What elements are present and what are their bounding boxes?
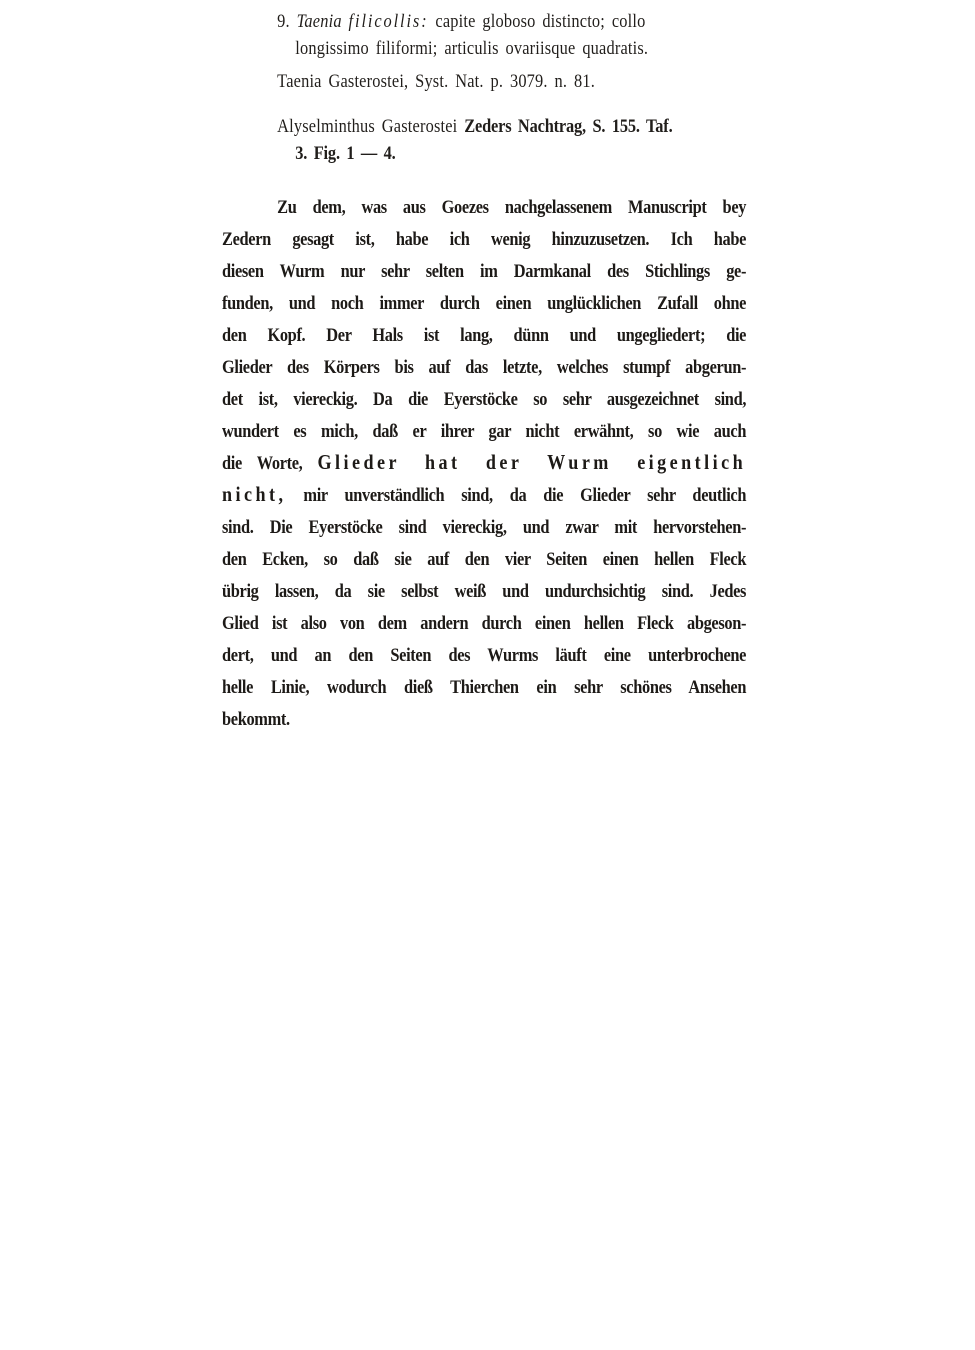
body-text-line: nicht, mir unverständlich sind, da die G…	[222, 479, 746, 511]
species-heading-line-2: longissimo filiformi; articulis ovariisq…	[295, 35, 746, 62]
body-text-line: den Ecken, so daß sie auf den vier Seite…	[222, 543, 746, 575]
line-text: sind. Die Eyerstöcke sind viereckig, und…	[222, 517, 746, 538]
line-text: den Ecken, so daß sie auf den vier Seite…	[222, 549, 746, 570]
line-text: wundert es mich, daß er ihrer gar nicht …	[222, 421, 746, 442]
body-text-line: sind. Die Eyerstöcke sind viereckig, und…	[222, 511, 746, 543]
line-text: Zedern gesagt ist, habe ich wenig hinzuz…	[222, 229, 746, 250]
line-text: det ist, viereckig. Da die Eyerstöcke so…	[222, 389, 746, 410]
figure-reference: 3. Fig. 1 — 4.	[295, 143, 395, 164]
emphasized-text: nicht,	[222, 482, 286, 506]
species-epithet: filicollis:	[349, 11, 429, 32]
line-text: übrig lassen, da sie selbst weiß und und…	[222, 581, 746, 602]
genus-name: Taenia	[297, 11, 342, 32]
synonymy-species-name: Alyselminthus Gasterostei	[277, 116, 457, 137]
line-text: mir unverständlich sind, da die Glieder …	[286, 485, 746, 506]
body-text-line: die Worte, Glieder hat der Wurm eigentli…	[222, 447, 746, 479]
synonymy-citation: Taenia Gasterostei, Syst. Nat. p. 3079. …	[277, 71, 595, 92]
text-column: 9. Taenia filicollis: capite globoso dis…	[222, 8, 746, 735]
body-text-line: dert, und an den Seiten des Wurms läuft …	[222, 639, 746, 671]
body-text-line: Zu dem, was aus Goezes nachgelassenem Ma…	[222, 191, 746, 223]
body-text-line: helle Linie, wodurch dieß Thierchen ein …	[222, 671, 746, 703]
body-text-line: Zedern gesagt ist, habe ich wenig hinzuz…	[222, 223, 746, 255]
body-text-line: diesen Wurm nur sehr selten im Darmkanal…	[222, 255, 746, 287]
diagnosis-text-continued: longissimo filiformi; articulis ovariisq…	[295, 38, 648, 59]
line-text: dert, und an den Seiten des Wurms läuft …	[222, 645, 746, 666]
spacer	[222, 95, 746, 113]
species-number: 9.	[277, 11, 290, 32]
line-text: helle Linie, wodurch dieß Thierchen ein …	[222, 677, 746, 698]
species-heading-line-1: 9. Taenia filicollis: capite globoso dis…	[277, 8, 746, 35]
line-text: Glied ist also von dem andern durch eine…	[222, 613, 746, 634]
line-text: diesen Wurm nur sehr selten im Darmkanal…	[222, 261, 746, 282]
body-text-line: Glied ist also von dem andern durch eine…	[222, 607, 746, 639]
synonymy-entry-1: Taenia Gasterostei, Syst. Nat. p. 3079. …	[277, 68, 746, 95]
synonymy-entry-2: Alyselminthus Gasterostei Zeders Nachtra…	[277, 113, 746, 140]
body-text-line: wundert es mich, daß er ihrer gar nicht …	[222, 415, 746, 447]
body-text-line: funden, und noch immer durch einen unglü…	[222, 287, 746, 319]
line-text: funden, und noch immer durch einen unglü…	[222, 293, 746, 314]
body-text-line: Glieder des Körpers bis auf das letzte, …	[222, 351, 746, 383]
line-text: den Kopf. Der Hals ist lang, dünn und un…	[222, 325, 746, 346]
synonymy-entry-2-continued: 3. Fig. 1 — 4.	[295, 140, 746, 167]
body-text-line: übrig lassen, da sie selbst weiß und und…	[222, 575, 746, 607]
synonymy-source-fraktur: Zeders Nachtrag, S. 155. Taf.	[464, 116, 672, 137]
line-text: die Worte,	[222, 453, 318, 474]
scanned-book-page: 9. Taenia filicollis: capite globoso dis…	[0, 0, 975, 1350]
body-text-line: bekommt.	[222, 703, 746, 735]
emphasized-text: Glieder hat der Wurm eigentlich	[318, 450, 747, 474]
line-text: bekommt.	[222, 709, 290, 730]
body-paragraph: Zu dem, was aus Goezes nachgelassenem Ma…	[222, 191, 746, 735]
line-text: Glieder des Körpers bis auf das letzte, …	[222, 357, 746, 378]
diagnosis-text: capite globoso distincto; collo	[435, 11, 645, 32]
line-text: Zu dem, was aus Goezes nachgelassenem Ma…	[277, 197, 746, 218]
body-text-line: det ist, viereckig. Da die Eyerstöcke so…	[222, 383, 746, 415]
body-text-line: den Kopf. Der Hals ist lang, dünn und un…	[222, 319, 746, 351]
